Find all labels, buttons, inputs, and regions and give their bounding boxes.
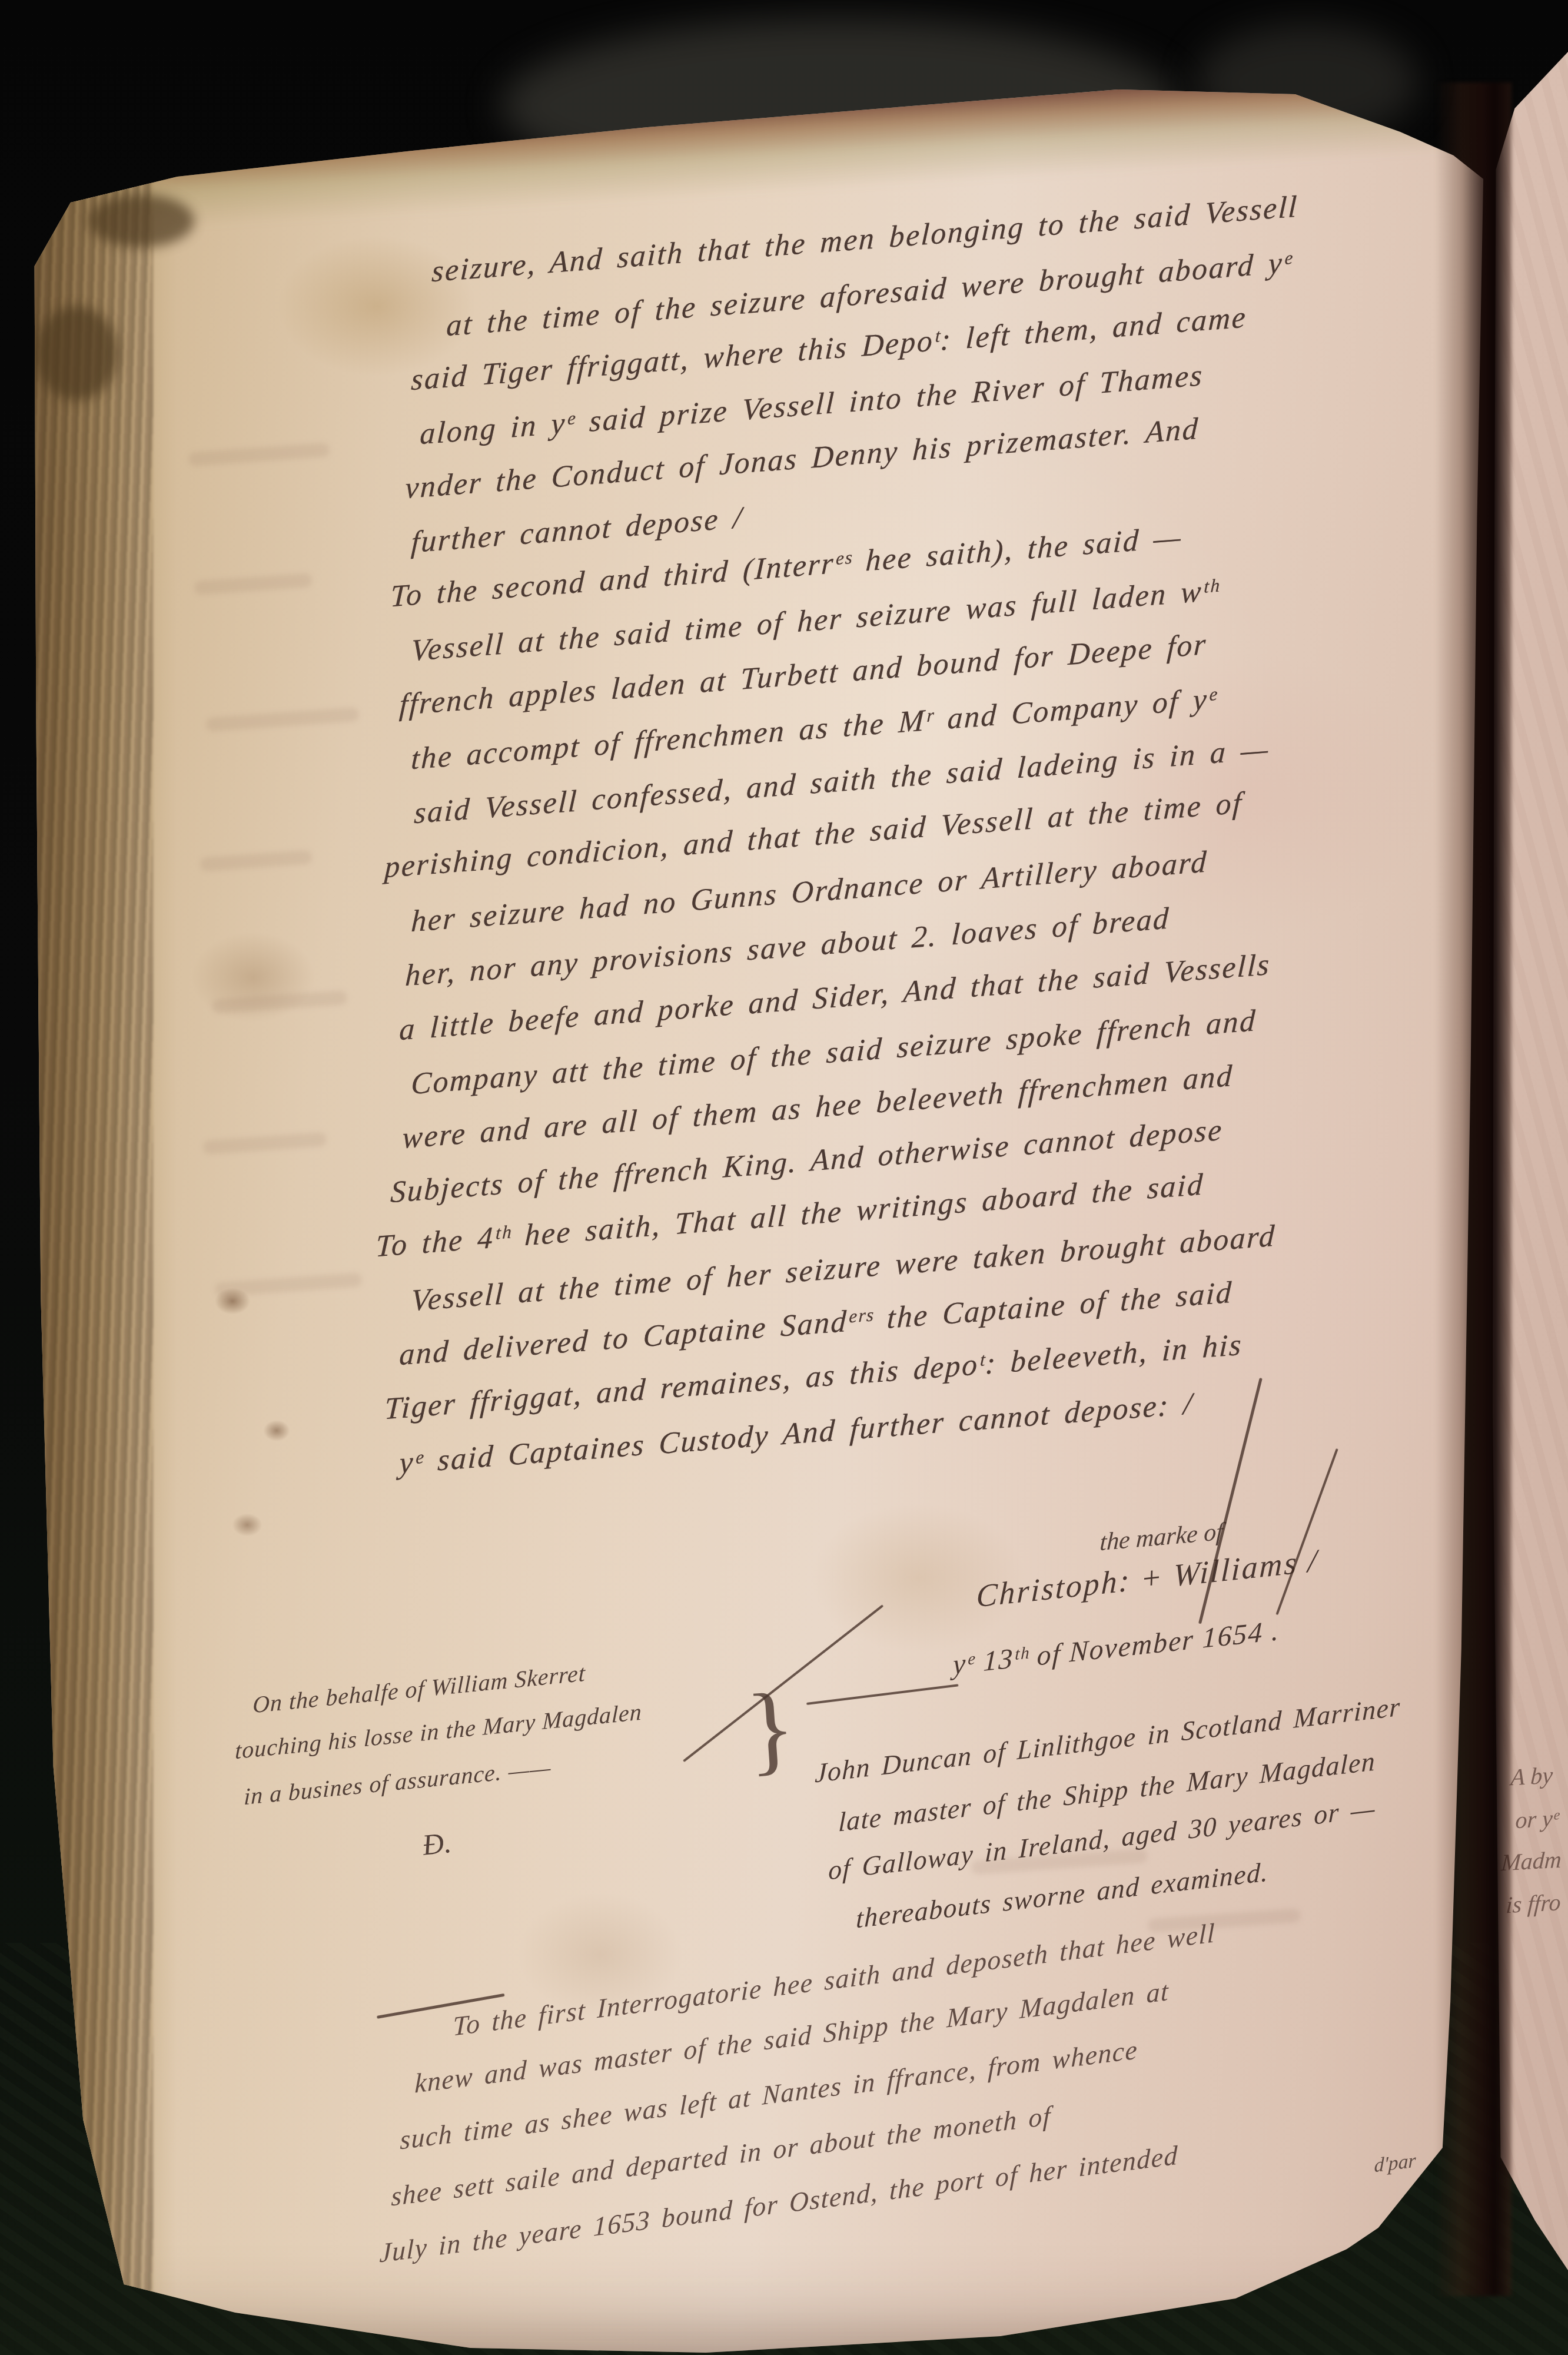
book-gutter-shadow	[1435, 82, 1511, 2296]
facing-page-fragment: A by	[1510, 1761, 1554, 1791]
facing-page-fragment: is ffro	[1506, 1888, 1562, 1919]
manuscript-page: seizure, And saith that the men belongin…	[0, 0, 1568, 2355]
clerk-mark: Đ.	[421, 1825, 453, 1862]
margin-note-brace: }	[743, 1670, 799, 1787]
photo-of-manuscript: A by or yᵉ Madm is ffro seizure, And sai…	[0, 0, 1568, 2355]
facing-page-fragment: or yᵉ	[1515, 1804, 1560, 1834]
